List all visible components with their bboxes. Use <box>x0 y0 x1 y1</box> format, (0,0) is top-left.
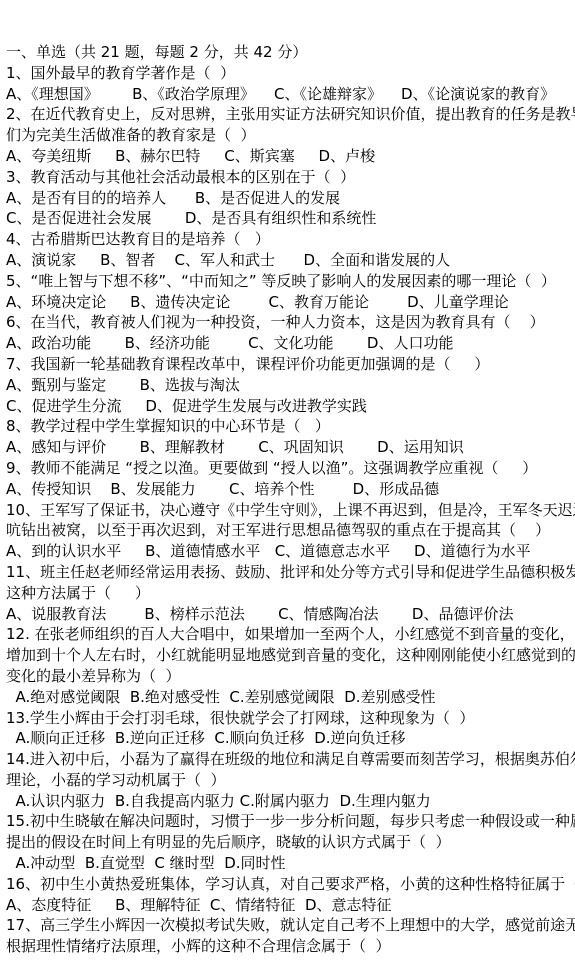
text-line: A.认识内驱力 B.自我提高内驱力 C.附属内驱力 D.生理内躯力 <box>6 791 573 812</box>
text-line: 9、教师不能满足 “授之以渔。更要做到 “授人以渔”。这强调教学应重视（ ） <box>6 458 573 479</box>
text-line: 增加到十个人左右时，小红就能明显地感觉到音量的变化，这种刚刚能使小红感觉到的音量 <box>6 645 573 666</box>
text-line: A.顺向正迁移 B.逆向正迁移 C.顺向负迁移 D.逆向负迁移 <box>6 728 573 749</box>
text-line: A、是否有目的的培养人 B、是否促进人的发展 <box>6 188 573 209</box>
text-line: A、环境决定论 B、遗传决定论 C、教育万能论 D、儿童学理论 <box>6 292 573 313</box>
text-line: A、到的认识水平 B、道德情感水平 C、道德意志水平 D、道德行为水平 <box>6 541 573 562</box>
text-line: 6、在当代，教育被人们视为一种投资，一种人力资本，这是因为教育具有（ ） <box>6 312 573 333</box>
text-line: 14.进入初中后，小磊为了赢得在班级的地位和满足自尊需要而刻苦学习，根据奥苏伯尔… <box>6 749 573 770</box>
text-line: A、夸美纽斯 B、赫尔巴特 C、斯宾塞 D、卢梭 <box>6 146 573 167</box>
text-line: 11、班主任赵老师经常运用表扬、鼓励、批评和处分等方式引导和促进学生品德积极发展… <box>6 562 573 583</box>
text-line: 15.初中生晓敏在解决问题时，习惯于一步一步分析问题，每步只考虑一种假设或一种属… <box>6 811 573 832</box>
text-line: A、甄别与鉴定 B、选拔与淘汰 <box>6 375 573 396</box>
text-line: 1、国外最早的教育学著作是（ ） <box>6 63 573 84</box>
text-line: A.绝对感觉阈限 B.绝对感受性 C.差别感觉阈限 D.差别感受性 <box>6 687 573 708</box>
text-line: A、演说家 B、智者 C、军人和武士 D、全面和谐发展的人 <box>6 250 573 271</box>
text-line: 17、高三学生小辉因一次模拟考试失败，就认定自己考不上理想中的大学，感觉前途无望… <box>6 915 573 936</box>
text-line: 根据理性情绪疗法原理，小辉的这种不合理信念属于（ ） <box>6 936 573 957</box>
text-line: A、感知与评价 B、理解教材 C、巩固知识 D、运用知识 <box>6 437 573 458</box>
text-line: 2、在近代教育史上，反对思辨，主张用实证方法研究知识价值，提出教育的任务是教导人 <box>6 104 573 125</box>
text-line: 理论，小磊的学习动机属于（ ） <box>6 770 573 791</box>
text-line: A、政治功能 B、经济功能 C、文化功能 D、人口功能 <box>6 333 573 354</box>
text-line: 3、教育活动与其他社会活动最根本的区别在于（ ） <box>6 167 573 188</box>
text-line: 们为完美生活做准备的教育家是（ ） <box>6 125 573 146</box>
text-line: C、是否促进社会发展 D、是否具有组织性和系统性 <box>6 208 573 229</box>
text-line: 变化的最小差异称为（ ） <box>6 666 573 687</box>
text-line: 10、王军写了保证书，决心遵守《中学生守则》，上课不再迟到，但是冷，王军冬天迟迟… <box>6 500 573 521</box>
text-line: A、说服教育法 B、榜样示范法 C、情感陶冶法 D、品德评价法 <box>6 604 573 625</box>
text-line: C、促进学生分流 D、促进学生发展与改进教学实践 <box>6 396 573 417</box>
exam-page: 一、单选（共 21 题，每题 2 分，共 42 分） 1、国外最早的教育学著作是… <box>0 0 575 961</box>
text-line: 4、古希腊斯巴达教育目的是培养（ ） <box>6 229 573 250</box>
text-line: 16、初中生小黄热爱班集体，学习认真，对自己要求严格，小黄的这种性格特征属于（ … <box>6 874 573 895</box>
text-line: A.冲动型 B.直觉型 C 继时型 D.同时性 <box>6 853 573 874</box>
text-line: 提出的假设在时间上有明显的先后顺序，晓敏的认识方式属于（ ） <box>6 832 573 853</box>
text-line: 5、“唯上智与下想不移”、“中而知之” 等反映了影响人的发展因素的哪一理论（ ） <box>6 271 573 292</box>
text-line: A、《理想国》 B、《政治学原理》 C、《论雄辩家》 D、《论演说家的教育》 <box>6 84 573 105</box>
text-line: 吭钻出被窝，以至于再次迟到，对王军进行思想品德驾驭的重点在于提高其（ ） <box>6 520 573 541</box>
exam-body: 1、国外最早的教育学著作是（ ）A、《理想国》 B、《政治学原理》 C、《论雄辩… <box>6 63 573 957</box>
text-line: 7、我国新一轮基础教育课程改革中，课程评价功能更加强调的是（ ） <box>6 354 573 375</box>
section-title: 一、单选（共 21 题，每题 2 分，共 42 分） <box>6 42 573 63</box>
text-line: 这种方法属于（ ） <box>6 583 573 604</box>
text-line: A、态度特征 B、理解特征 C、情绪特征 D、意志特征 <box>6 895 573 916</box>
text-line: A、传授知识 B、发展能力 C、培养个性 D、形成品德 <box>6 479 573 500</box>
text-line: 12. 在张老师组织的百人大合唱中，如果增加一至两个人，小红感觉不到音量的变化，… <box>6 624 573 645</box>
text-line: 8、教学过程中学生掌握知识的中心环节是（ ） <box>6 416 573 437</box>
text-line: 13.学生小辉由于会打羽毛球，很快就学会了打网球，这种现象为（ ） <box>6 708 573 729</box>
